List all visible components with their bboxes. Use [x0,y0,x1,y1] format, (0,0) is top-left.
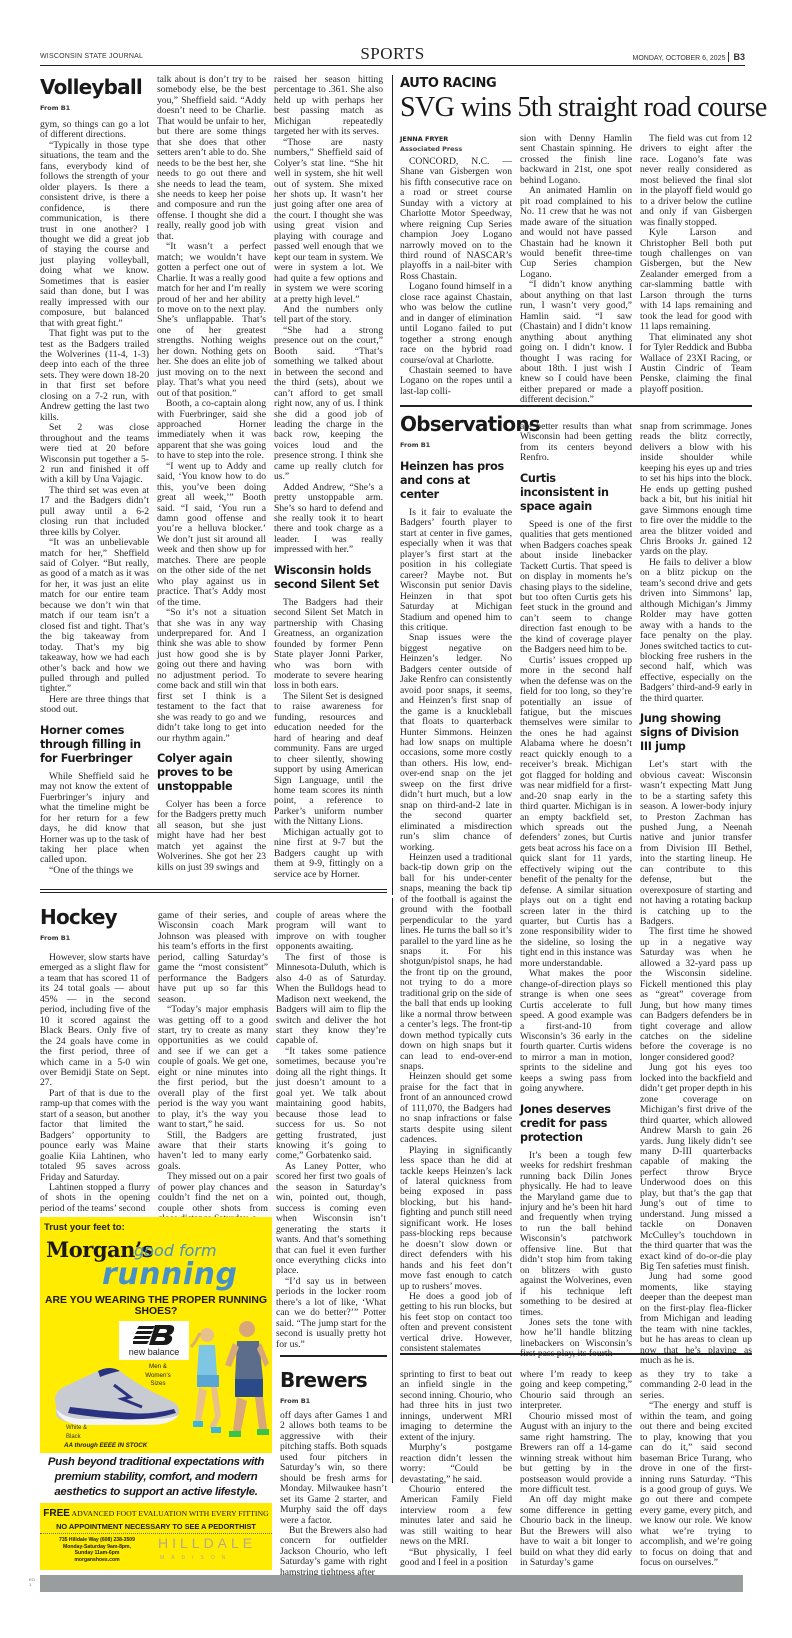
byline: JENNA FRYER [400,134,512,144]
auto-racing-col-3: The field was cut from 12 drivers to eig… [640,134,752,395]
paragraph: “Typically in those type situations, the… [40,141,149,329]
paragraph: “Those are nasty numbers,” Sheffield sai… [274,138,383,305]
hockey-header: Hockey From B1 [40,905,117,942]
observations-col-2: are better results than what Wisconsin h… [520,422,632,1360]
paragraph: Curtis’ issues cropped up more in the se… [520,656,632,970]
paragraph: “The energy and stuff is within the team… [640,1401,752,1568]
paragraph: Speed is one of the first qualities that… [520,520,632,656]
running-shoe-image [50,1357,184,1429]
observations-subhead-curtis: Curtis inconsistent in space again [520,472,632,514]
paragraph: “I didn’t know anything about anything o… [520,280,632,405]
volleyball-header: Volleyball From B1 [40,75,142,112]
hockey-col-3: couple of areas where the program will w… [276,911,386,1350]
brewers-col-2: sprinting to first to beat out an infiel… [400,1370,512,1569]
paragraph: “She had a strong presence out on the co… [274,326,383,483]
paragraph: Logano found himself in a close race aga… [400,282,512,366]
paragraph: snap from scrimmage. Jones reads the bli… [640,422,752,558]
paragraph: couple of areas where the program will w… [276,911,386,953]
ad-trust-text: Trust your feet to: [44,1222,125,1233]
byline-credit: Associated Press [400,144,512,154]
paragraph: are better results than what Wisconsin h… [520,422,632,464]
column-divider [392,898,393,1483]
section-divider-double [40,889,387,893]
paragraph: The Silent Set is designed to raise awar… [274,692,383,828]
paragraph: raised her season hitting percentage to … [274,75,383,138]
paragraph: Playing in significantly less space than… [400,1146,512,1292]
new-balance-logo: new balance [119,1321,189,1360]
observations-title: Observations [400,412,540,436]
paragraph: But the Brewers also had concern for out… [280,1526,387,1578]
paragraph: “So it’s not a situation that she was in… [157,608,266,744]
brewers-title: Brewers [280,1368,367,1392]
volleyball-title: Volleyball [40,75,142,99]
paragraph: The first of those is Minnesota-Duluth, … [276,953,386,1047]
paragraph: He does a good job of getting to his run… [400,1292,512,1355]
paragraph: game of their series, and Wisconsin coac… [158,911,268,1005]
paragraph: Jung got his eyes too locked into the ba… [640,1063,752,1272]
volleyball-subhead-silent-set: Wisconsin holds second Silent Set [274,564,383,592]
masthead: WISCONSIN STATE JOURNAL SPORTS MONDAY, O… [40,40,745,66]
hilldale-city: MADISON [160,1555,232,1561]
paragraph: It’s been a tough few weeks for redshirt… [520,1151,632,1318]
volleyball-subhead-colyer: Colyer again proves to be unstoppable [157,752,266,794]
paragraph: What makes the poor change-of-direction … [520,969,632,1094]
paragraph: The field was cut from 12 drivers to eig… [640,134,752,228]
paragraph: Booth, a co-captain along with Fuerbring… [157,399,266,462]
ad-free-rest: ADVANCED FOOT EVALUATION WITH EVERY FITT… [71,1509,268,1518]
paragraph: An animated Hamlin on pit road complaine… [520,186,632,280]
paragraph: And the numbers only tell part of the st… [274,305,383,326]
observations-subhead-heinzen: Heinzen has pros and cons at center [400,460,512,502]
ad-no-appointment: NO APPOINTMENT NECESSARY TO SEE A PEDORT… [40,1522,272,1534]
paragraph: Part of that is due to the ramp-up that … [40,1089,150,1183]
paragraph: Still, the Badgers are aware that their … [158,1131,268,1173]
paragraph: That fight was put to the test as the Ba… [40,329,149,423]
paragraph: “I went up to Addy and said, ‘You know h… [157,462,266,608]
observations-subhead-jung: Jung showing signs of Division III jump [640,712,752,754]
volleyball-from: From B1 [40,104,142,112]
paragraph: He fails to deliver a blow on a blitz pi… [640,558,752,704]
paragraph: Lahtinen stopped a flurry of shots in th… [40,1183,150,1214]
paragraph: Chourio missed most of August with an in… [520,1412,632,1496]
volleyball-col-3: raised her season hitting percentage to … [274,75,383,880]
footer-bar [40,1575,743,1592]
paragraph: The third set was even at 17 and the Bad… [40,486,149,538]
hockey-title: Hockey [40,905,117,929]
paragraph: where I’m ready to keep going and keep c… [520,1370,632,1412]
page-edition-mark: EO 1 [29,1577,37,1587]
paragraph: “It takes some patience sometimes, becau… [276,1047,386,1162]
runners-image [185,1317,270,1452]
ad-address-block: 735 Hilldale Way (608) 238-3509 Monday-S… [52,1537,142,1563]
brewers-from: From B1 [280,1397,367,1405]
date-page: MONDAY, OCTOBER 6, 2025B3 [633,52,746,62]
paragraph: CONCORD, N.C. — Shane van Gisbergen won … [400,157,512,282]
morgans-shoes-ad[interactable]: Trust your feet to: Morgan’s good form r… [40,1217,272,1570]
paragraph: Added Andrew, “She’s a pretty unstoppabl… [274,483,383,556]
observations-header: Observations From B1 [400,412,540,449]
section-divider [400,1353,752,1355]
paragraph: However, slow starts have emerged as a s… [40,953,150,1089]
paragraph: as they try to take a commanding 2-0 lea… [640,1370,752,1401]
nb-logo-icon [133,1323,177,1347]
paragraph: While Sheffield said he may not know the… [40,772,149,866]
ad-free-word: FREE [43,1508,70,1519]
ad-question: ARE YOU WEARING THE PROPER RUNNING SHOES… [40,1295,272,1317]
section-divider [280,1355,387,1357]
column-divider [392,75,393,895]
paragraph: Michigan actually got to nine first at 9… [274,828,383,880]
paragraph: “But physically, I feel good and I feel … [400,1548,512,1569]
auto-racing-kicker: AUTO RACING [400,76,767,91]
hockey-from: From B1 [40,934,117,942]
paragraph: Is it fair to evaluate the Badgers’ four… [400,508,512,633]
paragraph: The Badgers had their second Silent Set … [274,598,383,692]
paragraph: “It wasn’t a perfect match; we wouldn’t … [157,242,266,399]
observations-from: From B1 [400,441,540,449]
auto-racing-col-2: sion with Denny Hamlin sent Chastain spi… [520,134,632,406]
paragraph: “One of the things we [40,866,149,876]
paragraph: That eliminated any shot for Tyler Reddi… [640,333,752,396]
paragraph: sprinting to first to beat out an infiel… [400,1370,512,1443]
paragraph: Snap issues were the biggest negative on… [400,633,512,853]
brewers-col-3: where I’m ready to keep going and keep c… [520,1370,632,1569]
auto-racing-col-1: JENNA FRYER Associated Press CONCORD, N.… [400,134,512,397]
paragraph: The first time he showed up in a negativ… [640,927,752,1063]
brewers-header: Brewers From B1 [280,1368,367,1405]
section-divider [400,405,752,407]
paragraph: “It was an unbelievable match for her,” … [40,538,149,695]
page-number: B3 [728,52,745,62]
issue-date: MONDAY, OCTOBER 6, 2025 [633,55,726,62]
ad-address: 735 Hilldale Way (608) 238-3509 [52,1537,142,1544]
paragraph: Colyer has been a force for the Badgers … [157,800,266,873]
ad-widths: AA through EEEE IN STOCK [64,1442,147,1449]
paragraph: Set 2 was close throughout and the teams… [40,423,149,486]
auto-racing-header: AUTO RACING SVG wins 5th straight road c… [400,76,767,124]
auto-racing-headline: SVG wins 5th straight road course [400,92,767,124]
ad-colorway: White & Black [66,1424,96,1441]
paragraph: Heinzen used a traditional back-tip down… [400,853,512,1073]
paragraph: talk about is don’t try to be somebody e… [157,75,266,242]
ad-free-evaluation: FREE ADVANCED FOOT EVALUATION WITH EVERY… [40,1508,272,1519]
new-balance-text: new balance [119,1347,189,1357]
paragraph: “Today’s major emphasis was getting off … [158,1005,268,1130]
paragraph: off days after Games 1 and 2 allows both… [280,1411,387,1526]
paragraph: Heinzen should get some praise for the f… [400,1072,512,1145]
paragraph: Chastain seemed to have Logano on the ro… [400,366,512,397]
paragraph: Kyle Larson and Christopher Bell both pu… [640,228,752,333]
ad-slogan: Push beyond traditional expectations wit… [40,1453,272,1503]
observations-subhead-jones: Jones deserves credit for pass protectio… [520,1103,632,1145]
paragraph: An off day might make some difference in… [520,1495,632,1568]
hilldale-logo: HILLDALE [158,1535,256,1551]
paragraph: gym, so things can go a lot of different… [40,120,149,141]
paragraph: As Laney Potter, who scored her first tw… [276,1162,386,1277]
paragraph: “I’d say us in between periods in the lo… [276,1277,386,1350]
volleyball-col-1: gym, so things can go a lot of different… [40,120,149,876]
paragraph: Let’s start with the obvious caveat: Wis… [640,760,752,927]
paragraph: Here are three things that stood out. [40,695,149,716]
volleyball-subhead-horner: Horner comes through filling in for Fuer… [40,724,149,766]
hockey-col-1: However, slow starts have emerged as a s… [40,953,150,1214]
paragraph: Chourio entered the American Family Fiel… [400,1485,512,1548]
ad-website[interactable]: morganshoes.com [52,1557,142,1564]
observations-col-1: Heinzen has pros and cons at center Is i… [400,460,512,1355]
paragraph: sion with Denny Hamlin sent Chastain spi… [520,134,632,186]
volleyball-col-2: talk about is don’t try to be somebody e… [157,75,266,873]
hockey-col-2: game of their series, and Wisconsin coac… [158,911,268,1225]
ad-tagline-running: running [102,1257,237,1292]
observations-col-3: snap from scrimmage. Jones reads the bli… [640,422,752,1367]
paragraph: Murphy’s postgame reaction didn’t lessen… [400,1443,512,1485]
brewers-col-4: as they try to take a commanding 2-0 lea… [640,1370,752,1569]
brewers-col-1: off days after Games 1 and 2 allows both… [280,1411,387,1578]
